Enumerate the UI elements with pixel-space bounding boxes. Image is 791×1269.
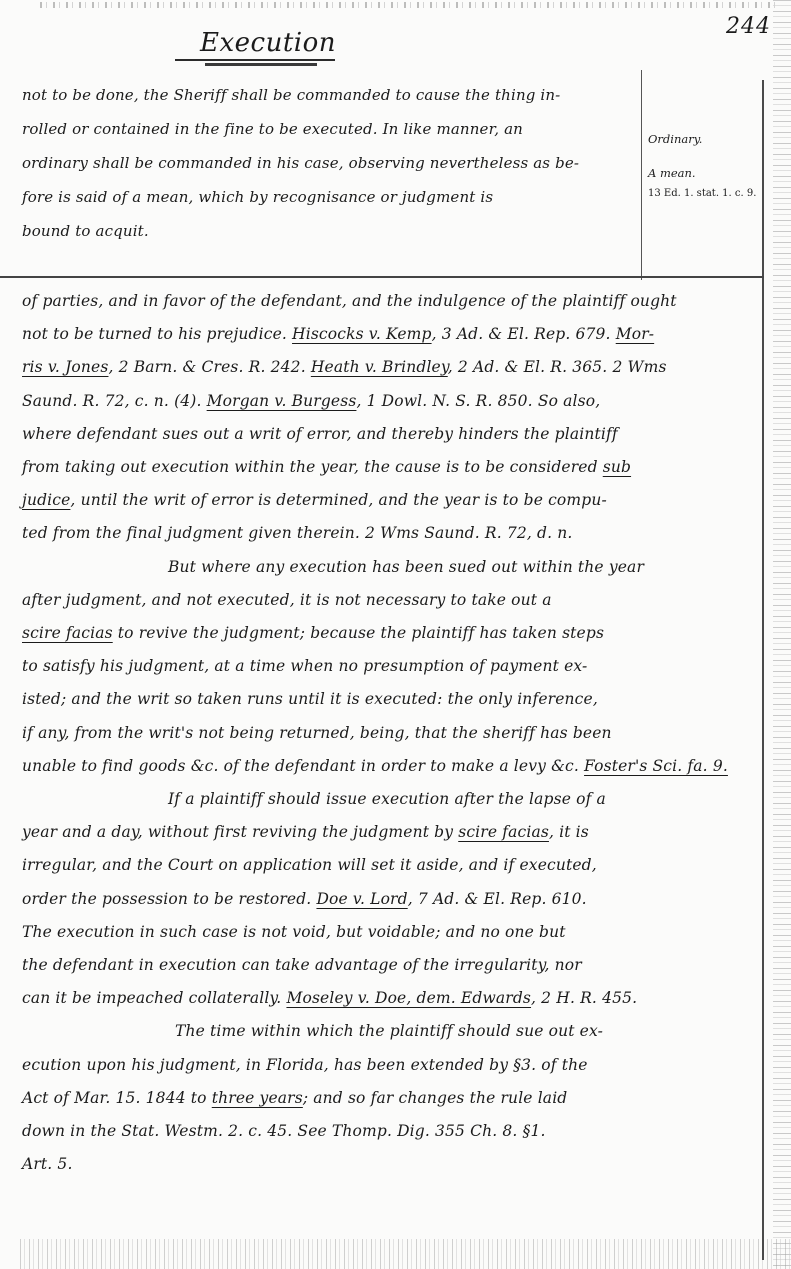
text-run: down in the Stat. Westm. 2. c. 45. See T…: [22, 1122, 546, 1140]
text-line: ecution upon his judgment, in Florida, h…: [22, 1056, 588, 1074]
text-run: The time within which the plaintiff shou…: [175, 1022, 603, 1040]
case-citation: Morgan v. Burgess: [207, 392, 357, 410]
heading-double-underline: [205, 63, 317, 66]
text-line: isted; and the writ so taken runs until …: [22, 690, 598, 708]
case-citation: scire facias: [458, 823, 549, 841]
text-run: , 2 Barn. & Cres. R. 242.: [108, 358, 310, 376]
text-run: Saund. R. 72, c. n. (4).: [22, 392, 207, 410]
text-line: ordinary shall be commanded in his case,…: [22, 154, 579, 172]
text-line: after judgment, and not executed, it is …: [22, 591, 552, 609]
text-run: ted from the final judgment given therei…: [22, 524, 572, 542]
text-run: where defendant sues out a writ of error…: [22, 425, 618, 443]
text-line: down in the Stat. Westm. 2. c. 45. See T…: [22, 1122, 546, 1140]
text-line: year and a day, without first reviving t…: [22, 823, 589, 841]
text-line: from taking out execution within the yea…: [22, 458, 631, 476]
text-run: , 2 H. R. 455.: [531, 989, 637, 1007]
text-run: Act of Mar. 15. 1844 to: [22, 1089, 212, 1107]
text-run: Art. 5.: [22, 1155, 73, 1173]
case-citation: ris v. Jones: [22, 358, 108, 376]
text-line: if any, from the writ's not being return…: [22, 724, 612, 742]
text-run: ; and so far changes the rule laid: [303, 1089, 568, 1107]
text-run: , 7 Ad. & El. Rep. 610.: [408, 890, 587, 908]
text-line: Act of Mar. 15. 1844 to three years; and…: [22, 1089, 567, 1107]
text-run: , until the writ of error is determined,…: [70, 491, 606, 509]
text-line: where defendant sues out a writ of error…: [22, 425, 618, 443]
text-line: unable to find goods &c. of the defendan…: [22, 757, 728, 775]
text-line: But where any execution has been sued ou…: [168, 558, 644, 576]
text-run: The execution in such case is not void, …: [22, 923, 566, 941]
text-run: isted; and the writ so taken runs until …: [22, 690, 598, 708]
text-line: rolled or contained in the fine to be ex…: [22, 120, 523, 138]
page-number: 244: [726, 14, 771, 39]
margin-note-statute: 13 Ed. 1. stat. 1. c. 9.: [648, 188, 756, 199]
case-citation: Mor-: [616, 325, 654, 343]
text-run: , 2 Ad. & El. R. 365. 2 Wms: [448, 358, 667, 376]
scan-noise-bottom: [20, 1239, 791, 1269]
text-run: can it be impeached collaterally.: [22, 989, 286, 1007]
text-run: if any, from the writ's not being return…: [22, 724, 612, 742]
text-line: The execution in such case is not void, …: [22, 923, 566, 941]
text-run: unable to find goods &c. of the defendan…: [22, 757, 584, 775]
case-citation: Doe v. Lord: [316, 890, 407, 908]
text-line: The time within which the plaintiff shou…: [175, 1022, 603, 1040]
text-line: judice, until the writ of error is deter…: [22, 491, 607, 509]
text-run: order the possession to be restored.: [22, 890, 316, 908]
text-line: scire facias to revive the judgment; bec…: [22, 624, 604, 642]
case-citation: scire facias: [22, 624, 113, 642]
text-run: to satisfy his judgment, at a time when …: [22, 657, 587, 675]
text-line: of parties, and in favor of the defendan…: [22, 292, 677, 310]
text-run: ecution upon his judgment, in Florida, h…: [22, 1056, 588, 1074]
case-citation: three years: [212, 1089, 303, 1107]
manuscript-page: Execution 244 not to be done, the Sherif…: [0, 0, 791, 1269]
scan-noise-edge: [773, 0, 791, 1269]
text-line: the defendant in execution can take adva…: [22, 956, 582, 974]
text-line: ris v. Jones, 2 Barn. & Cres. R. 242. He…: [22, 358, 667, 376]
text-line: not to be turned to his prejudice. Hisco…: [22, 325, 654, 343]
text-run: , 1 Dowl. N. S. R. 850. So also,: [356, 392, 600, 410]
margin-divider: [641, 70, 642, 280]
text-run: to revive the judgment; because the plai…: [113, 624, 604, 642]
text-line: Saund. R. 72, c. n. (4). Morgan v. Burge…: [22, 392, 600, 410]
text-run: the defendant in execution can take adva…: [22, 956, 582, 974]
case-citation: Foster's Sci. fa. 9.: [584, 757, 728, 775]
margin-note-ordinary: Ordinary.: [648, 132, 702, 146]
text-line: Art. 5.: [22, 1155, 73, 1173]
text-run: If a plaintiff should issue execution af…: [168, 790, 606, 808]
text-line: can it be impeached collaterally. Mosele…: [22, 989, 637, 1007]
text-line: ted from the final judgment given therei…: [22, 524, 572, 542]
case-citation: judice: [22, 491, 70, 509]
text-run: from taking out execution within the yea…: [22, 458, 603, 476]
text-run: of parties, and in favor of the defendan…: [22, 292, 677, 310]
case-citation: sub: [603, 458, 631, 476]
heading-underline: [175, 59, 335, 61]
case-citation: Hiscocks v. Kemp: [292, 325, 432, 343]
text-run: year and a day, without first reviving t…: [22, 823, 458, 841]
text-line: order the possession to be restored. Doe…: [22, 890, 587, 908]
text-run: irregular, and the Court on application …: [22, 856, 597, 874]
text-line: not to be done, the Sheriff shall be com…: [22, 86, 560, 104]
text-line: to satisfy his judgment, at a time when …: [22, 657, 587, 675]
text-line: fore is said of a mean, which by recogni…: [22, 188, 493, 206]
text-line: irregular, and the Court on application …: [22, 856, 597, 874]
text-line: bound to acquit.: [22, 222, 149, 240]
page-heading: Execution: [200, 28, 336, 58]
text-run: not to be turned to his prejudice.: [22, 325, 292, 343]
text-run: , 3 Ad. & El. Rep. 679.: [432, 325, 616, 343]
case-citation: Moseley v. Doe, dem. Edwards: [286, 989, 531, 1007]
text-run: But where any execution has been sued ou…: [168, 558, 644, 576]
text-run: , it is: [549, 823, 589, 841]
text-run: after judgment, and not executed, it is …: [22, 591, 552, 609]
right-border-line: [762, 80, 764, 1260]
text-line: If a plaintiff should issue execution af…: [168, 790, 606, 808]
case-citation: Heath v. Brindley: [311, 358, 448, 376]
section-divider: [0, 276, 764, 278]
margin-note-mean: A mean.: [648, 166, 696, 180]
scan-noise-top: [40, 2, 781, 8]
